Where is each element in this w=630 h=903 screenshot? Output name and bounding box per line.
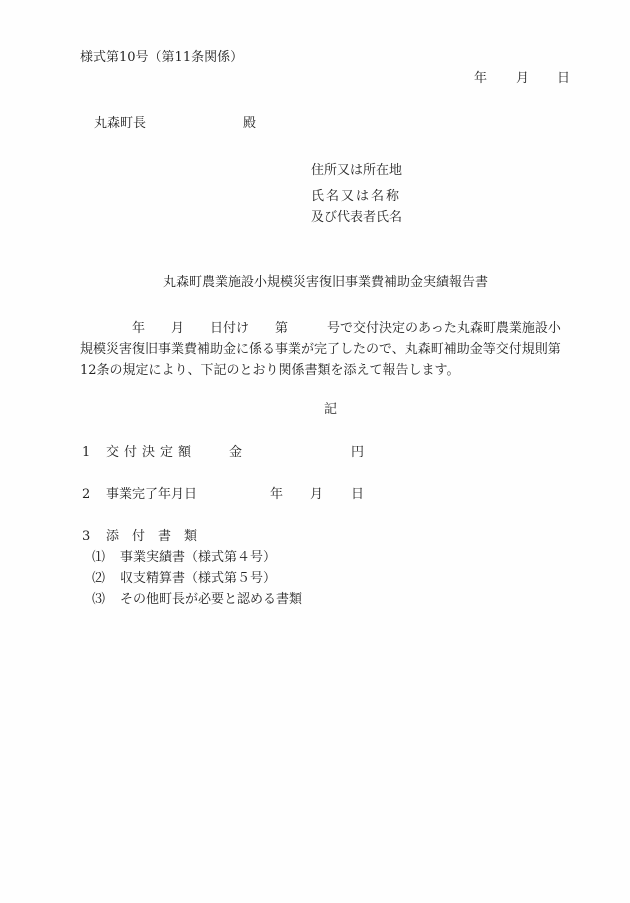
attachment-number: ⑵ [92, 572, 105, 585]
attachment-number: ⑶ [92, 593, 105, 606]
body-paragraph: 年 月 日付け 第 号で交付決定のあった丸森町農業施設小 規模災害復旧事業費補助… [80, 318, 600, 381]
attachment-number: ⑴ [92, 551, 105, 564]
item-number: 2 [82, 488, 90, 501]
body-line-3: 12条の規定により、下記のとおり関係書類を添えて報告します。 [80, 360, 600, 381]
applicant-name-label: 氏名又は名称 [311, 190, 401, 203]
body-line-2: 規模災害復旧事業費補助金に係る事業が完了したので、丸森町補助金等交付規則第 [80, 339, 600, 360]
item-label: 事業完了年月日 [106, 488, 197, 501]
item-number: 1 [82, 446, 90, 459]
addressee-name: 丸森町長 [94, 117, 146, 130]
applicant-representative-label: 及び代表者氏名 [311, 211, 402, 224]
date-month-label: 月 [516, 72, 529, 85]
date-year-label: 年 [474, 72, 487, 85]
attachment-text: 事業実績書（様式第４号） [120, 551, 276, 564]
item-number: 3 [82, 530, 90, 543]
addressee-honorific: 殿 [243, 117, 256, 130]
form-number: 様式第10号（第11条関係） [80, 51, 243, 64]
body-line-1: 年 月 日付け 第 号で交付決定のあった丸森町農業施設小 [80, 318, 600, 339]
attachment-text: その他町長が必要と認める書類 [120, 593, 302, 606]
amount-prefix: 金 [229, 446, 242, 459]
attachment-text: 収支精算書（様式第５号） [120, 572, 276, 585]
completion-year-label: 年 [270, 488, 283, 501]
ki-heading: 記 [324, 403, 337, 416]
item-label: 添付書類 [106, 530, 210, 543]
item-label: 交付決定額 [106, 446, 196, 459]
applicant-address-label: 住所又は所在地 [311, 164, 402, 177]
completion-day-label: 日 [351, 488, 364, 501]
amount-suffix: 円 [351, 446, 364, 459]
completion-month-label: 月 [310, 488, 323, 501]
document-title: 丸森町農業施設小規模災害復旧事業費補助金実績報告書 [163, 276, 488, 289]
date-day-label: 日 [557, 72, 570, 85]
